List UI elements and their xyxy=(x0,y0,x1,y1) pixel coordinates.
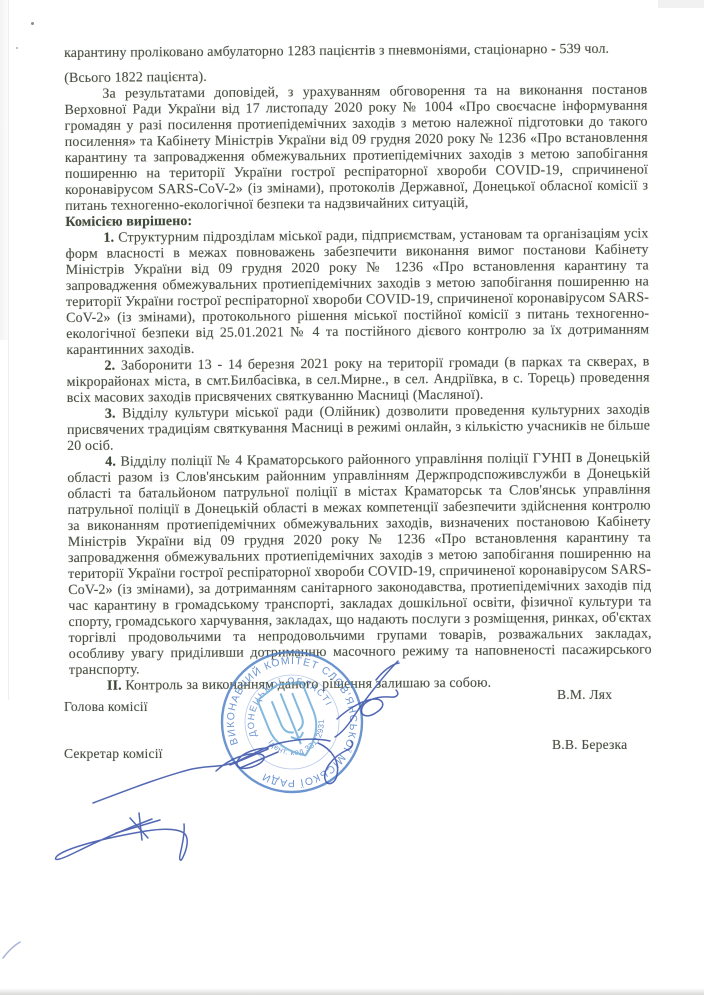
scan-speck xyxy=(31,22,34,25)
scan-edge-artifact xyxy=(0,0,8,340)
scanned-document-page: карантину проліковано амбулаторно 1283 п… xyxy=(0,0,704,995)
decision-item-1: 1. Структурним підрозділам міської ради,… xyxy=(65,226,649,359)
item-number: 4. xyxy=(105,455,116,470)
decision-item-3: 3. Відділу культури міської ради (Олійни… xyxy=(67,402,650,455)
stray-pen-mark xyxy=(3,942,20,958)
signature-name-chair: В.М. Лях xyxy=(557,687,612,703)
item-number: 1. xyxy=(103,231,114,246)
scan-speck xyxy=(16,47,18,49)
scan-edge-artifact xyxy=(658,0,704,8)
signature-name-secretary: В.В. Березка xyxy=(552,737,627,753)
item-text: Структурним підрозділам міської ради, пі… xyxy=(66,226,650,358)
scan-edge-shadow xyxy=(0,988,704,995)
preamble-paragraph: За результатами доповідей, з урахуванням… xyxy=(64,82,648,215)
document-body-text: карантину проліковано амбулаторно 1283 п… xyxy=(64,41,652,695)
item-text: Відділу культури міської ради (Олійник) … xyxy=(67,402,650,454)
item-number: 3. xyxy=(105,407,116,422)
intro-line: карантину проліковано амбулаторно 1283 п… xyxy=(64,41,647,62)
decision-item-2: 2. Заборонити 13 - 14 березня 2021 року … xyxy=(66,354,649,407)
stray-pen-mark xyxy=(56,813,188,860)
official-stamp: ВИКОНАВЧИЙ КОМІТЕТ СЛОВ'ЯНСЬКОЇ МІСЬКОЇ … xyxy=(212,642,372,802)
signature-role-secretary: Секретар комісії xyxy=(64,746,163,762)
item-text: Заборонити 13 - 14 березня 2021 року на … xyxy=(67,354,650,406)
signature-role-chair: Голова комісії xyxy=(64,699,148,715)
item-number: ІІ. xyxy=(107,679,122,694)
item-number: 2. xyxy=(104,359,115,374)
scan-edge-line xyxy=(8,0,9,700)
